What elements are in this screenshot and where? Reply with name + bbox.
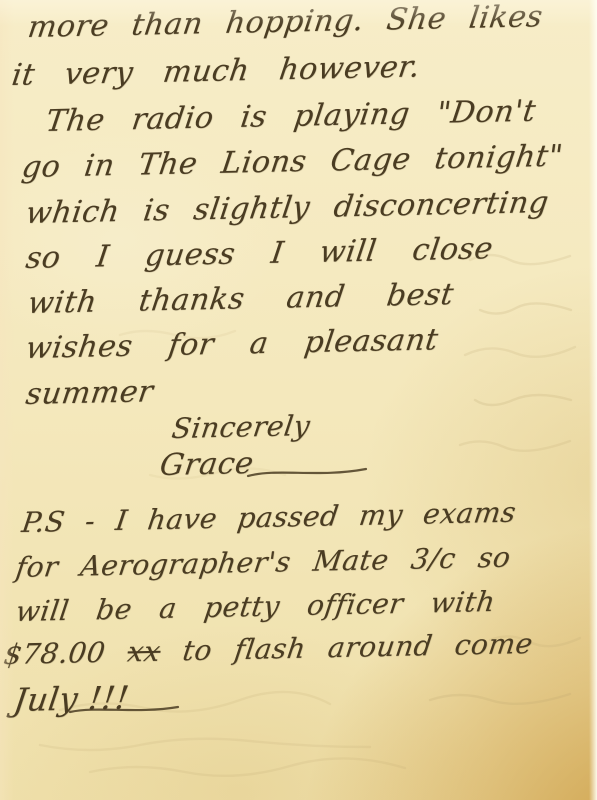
signature: Grace: [158, 446, 256, 483]
pay-amount: $78.00: [2, 636, 108, 671]
july-flourish: [70, 702, 180, 718]
closing-line: Sincerely: [170, 409, 313, 445]
signature-flourish: [248, 462, 368, 482]
crossed-out-text: xx: [126, 635, 163, 669]
letter-line: summer: [24, 374, 156, 412]
letter-page: more than hopping. She likes it very muc…: [0, 0, 597, 800]
